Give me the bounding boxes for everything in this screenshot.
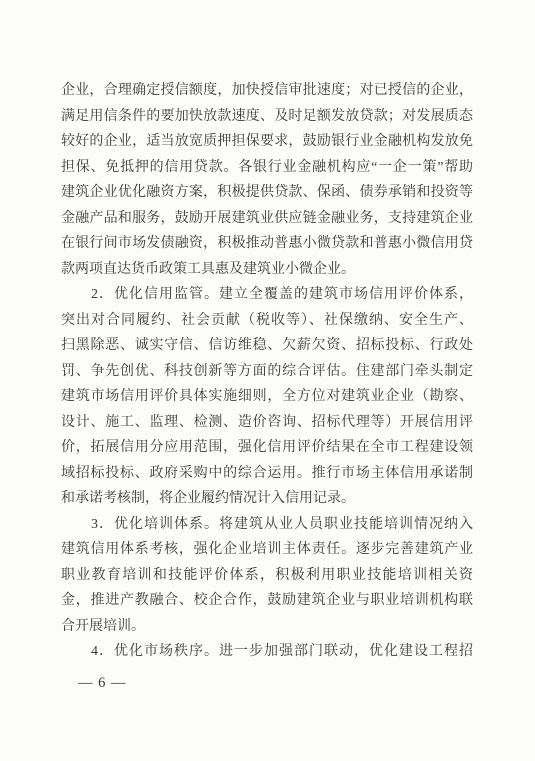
text-line: 担保、免抵押的信用贷款。各银行业金融机构应“一企一策”帮助 [61,155,473,181]
text-line: 建筑市场信用评价具体实施细则，全方位对建筑业企业（勘察、 [61,384,473,410]
text-line: 合开展培训。 [61,614,473,640]
text-line: 设计、施工、监理、检测、造价咨询、招标代理等）开展信用评 [61,410,473,436]
text-line: 价，拓展信用分应用范围，强化信用评价结果在全市工程建设领 [61,435,473,461]
text-line: 金融产品和服务，鼓励开展建筑业供应链金融业务，支持建筑企业 [61,206,473,232]
text-line: 职业教育培训和技能评价体系，积极利用职业技能培训相关资 [61,563,473,589]
text-line: 2．优化信用监管。建立全覆盖的建筑市场信用评价体系， [61,282,473,308]
text-line: 建筑企业优化融资方案，积极提供贷款、保函、债券承销和投资等 [61,180,473,206]
text-line: 和承诺考核制，将企业履约情况计入信用记录。 [61,486,473,512]
text-line: 扫黑除恶、诚实守信、信访维稳、欠薪欠资、招标投标、行政处 [61,333,473,359]
text-line: 建筑信用体系考核，强化企业培训主体责任。逐步完善建筑产业 [61,537,473,563]
text-line: 4．优化市场秩序。进一步加强部门联动，优化建设工程招 [61,639,473,665]
page-number: — 6 — [78,675,127,692]
text-line: 突出对合同履约、社会贡献（税收等）、社保缴纳、安全生产、 [61,308,473,334]
document-page: 企业，合理确定授信额度，加快授信审批速度；对已授信的企业， 满足用信条件的要加快… [0,0,535,761]
document-body: 企业，合理确定授信额度，加快授信审批速度；对已授信的企业， 满足用信条件的要加快… [61,78,473,665]
text-line: 在银行间市场发债融资，积极推动普惠小微贷款和普惠小微信用贷 [61,231,473,257]
text-line: 域招标投标、政府采购中的综合运用。推行市场主体信用承诺制 [61,461,473,487]
text-line: 罚、争先创优、科技创新等方面的综合评估。住建部门牵头制定 [61,359,473,385]
text-line: 较好的企业，适当放宽质押担保要求，鼓励银行业金融机构发放免 [61,129,473,155]
text-line: 款两项直达货币政策工具惠及建筑业小微企业。 [61,257,473,283]
text-line: 企业，合理确定授信额度，加快授信审批速度；对已授信的企业， [61,78,473,104]
text-line: 金，推进产教融合、校企合作，鼓励建筑企业与职业培训机构联 [61,588,473,614]
text-line: 3．优化培训体系。将建筑从业人员职业技能培训情况纳入 [61,512,473,538]
text-line: 满足用信条件的要加快放款速度、及时足额发放贷款；对发展质态 [61,104,473,130]
